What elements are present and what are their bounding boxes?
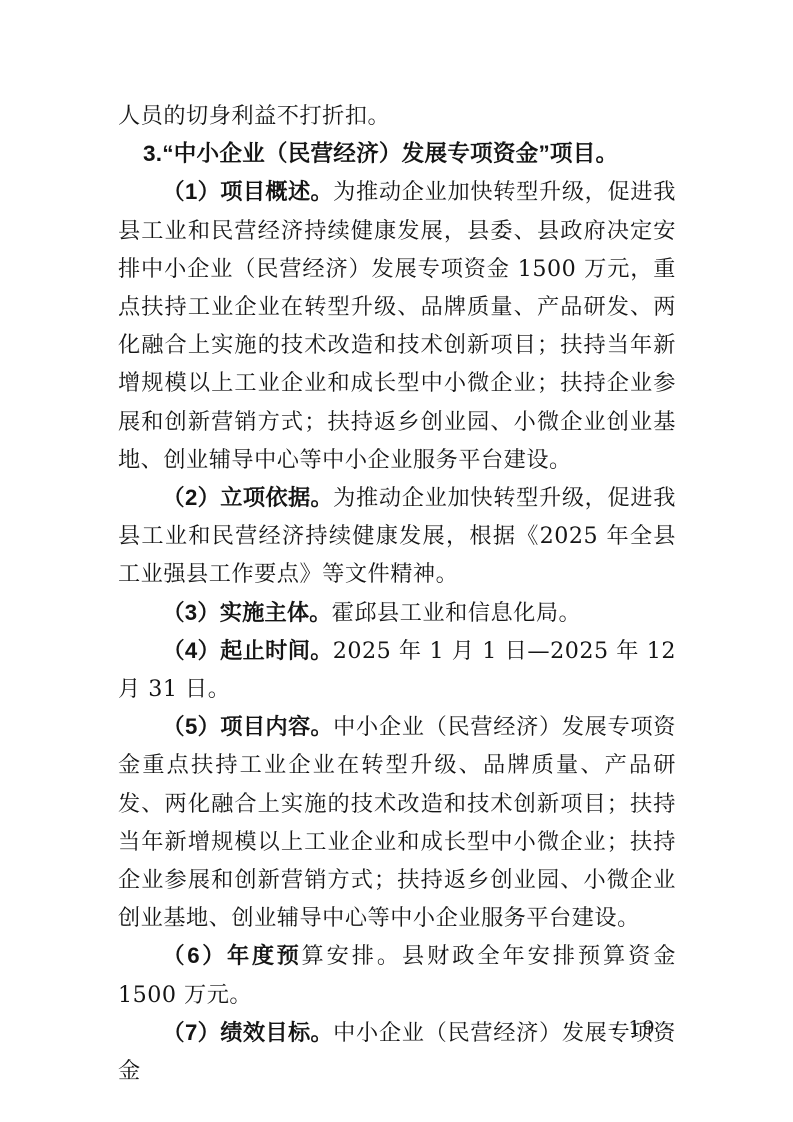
item-7-label: （7）绩效目标。 bbox=[162, 1020, 333, 1045]
document-body: 人员的切身利益不打折扣。 3.“中小企业（民营经济）发展专项资金”项目。 （1）… bbox=[118, 97, 676, 1090]
item-1-label: （1）项目概述。 bbox=[162, 179, 333, 204]
item-5-label: （5）项目内容。 bbox=[162, 714, 333, 739]
item-4-paragraph: （4）起止时间。2025 年 1 月 1 日—2025 年 12 月 31 日。 bbox=[118, 632, 676, 708]
item-2-label: （2）立项依据。 bbox=[162, 485, 333, 510]
item-1-text: 为推动企业加快转型升级，促进我县工业和民营经济持续健康发展，县委、县政府决定安排… bbox=[118, 179, 676, 472]
item-7-paragraph: （7）绩效目标。中小企业（民营经济）发展专项资金 bbox=[118, 1014, 676, 1090]
item-3-label: （3）实施主体。 bbox=[162, 600, 331, 625]
section-heading: 3.“中小企业（民营经济）发展专项资金”项目。 bbox=[118, 135, 676, 173]
continuation-paragraph: 人员的切身利益不打折扣。 bbox=[118, 97, 676, 135]
item-5-text: 中小企业（民营经济）发展专项资金重点扶持工业企业在转型升级、品牌质量、产品研发、… bbox=[118, 714, 676, 931]
section-heading-text: 3.“中小企业（民营经济）发展专项资金”项目。 bbox=[143, 141, 618, 166]
item-5-paragraph: （5）项目内容。中小企业（民营经济）发展专项资金重点扶持工业企业在转型升级、品牌… bbox=[118, 708, 676, 937]
item-3-paragraph: （3）实施主体。霍邱县工业和信息化局。 bbox=[118, 594, 676, 632]
paragraph-text: 人员的切身利益不打折扣。 bbox=[118, 103, 390, 129]
item-2-paragraph: （2）立项依据。为推动企业加快转型升级，促进我县工业和民营经济持续健康发展，根据… bbox=[118, 479, 676, 594]
item-6-paragraph: （6）年度预算安排。县财政全年安排预算资金 1500 万元。 bbox=[118, 937, 676, 1013]
page-number: - 19 - bbox=[612, 1017, 673, 1039]
item-4-label: （4）起止时间。 bbox=[162, 638, 332, 663]
item-6-label: （6）年度预 bbox=[162, 943, 301, 968]
document-page: 人员的切身利益不打折扣。 3.“中小企业（民营经济）发展专项资金”项目。 （1）… bbox=[0, 0, 793, 1122]
item-1-paragraph: （1）项目概述。为推动企业加快转型升级，促进我县工业和民营经济持续健康发展，县委… bbox=[118, 173, 676, 479]
item-3-text: 霍邱县工业和信息化局。 bbox=[332, 600, 582, 626]
